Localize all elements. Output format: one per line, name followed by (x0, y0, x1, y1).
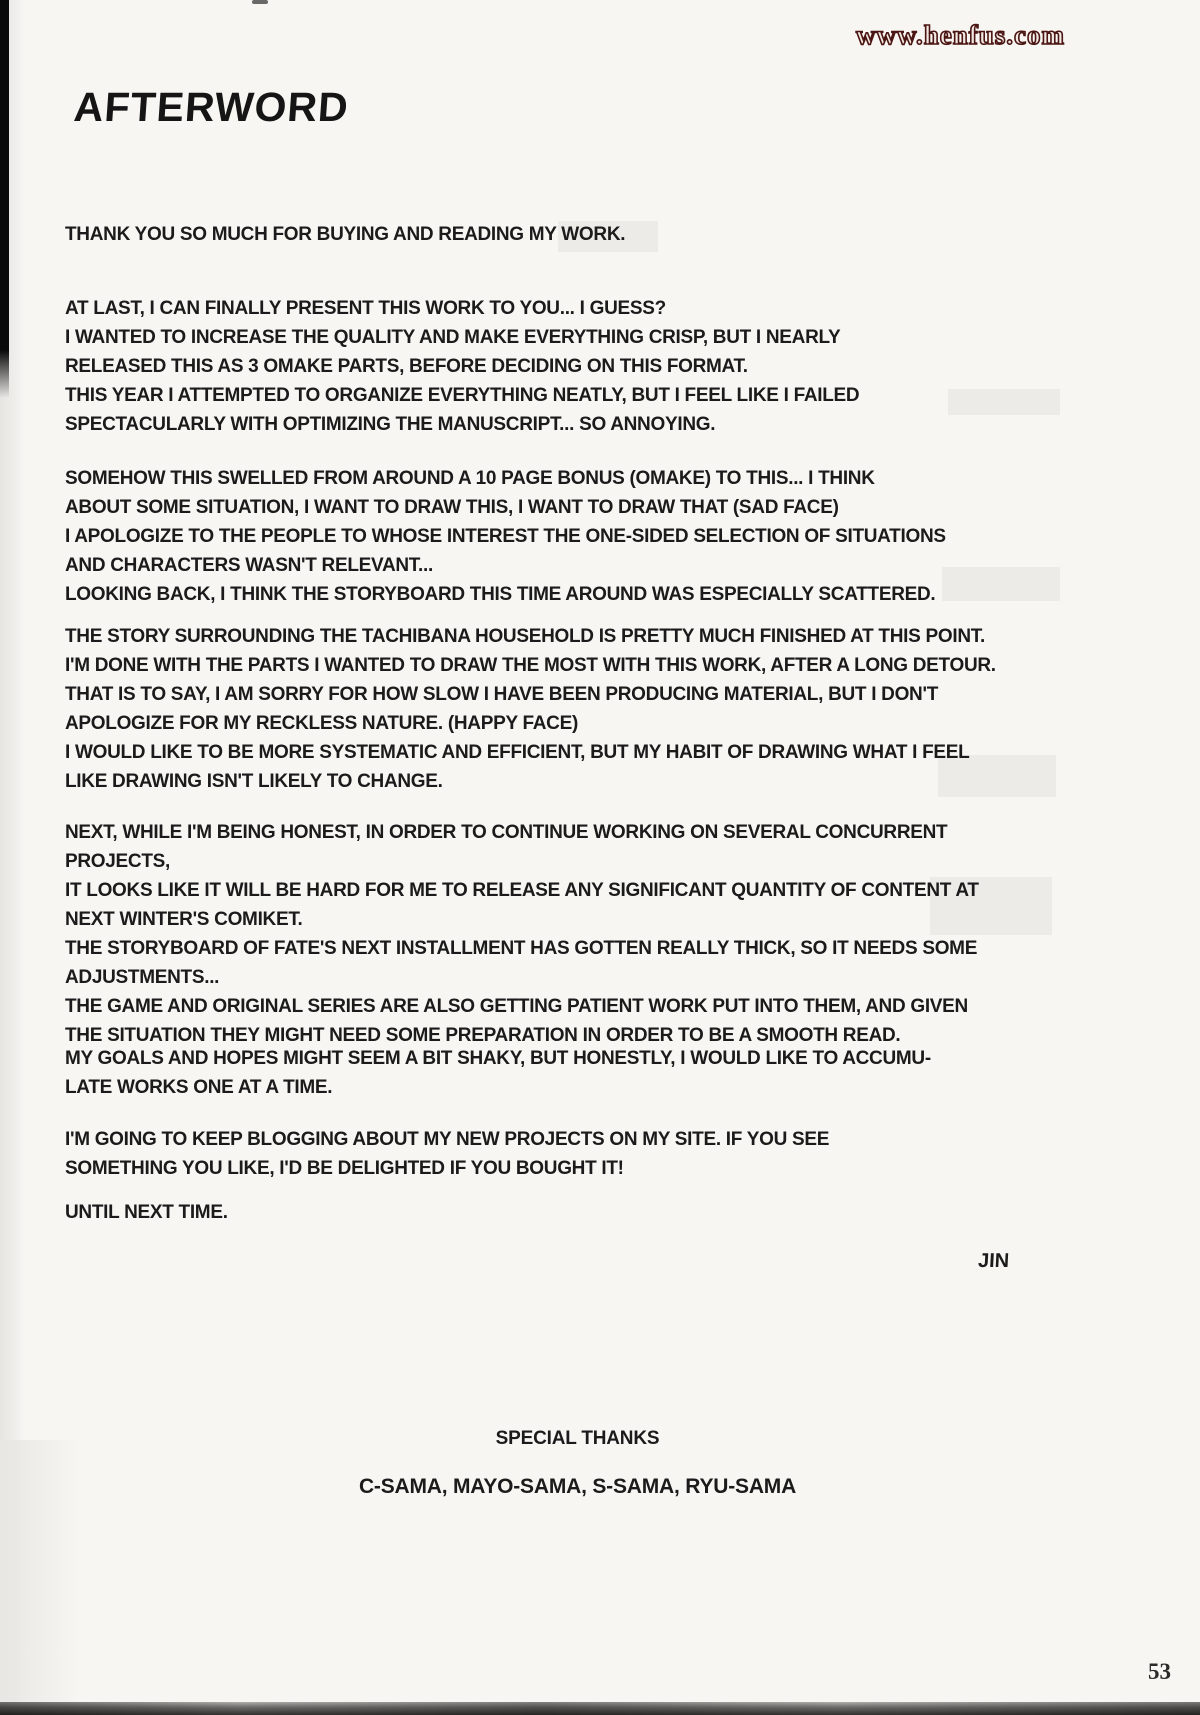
text-line: AT LAST, I CAN FINALLY PRESENT THIS WORK… (65, 294, 1155, 323)
author-signature: JIN (977, 1247, 1010, 1276)
text-line: LIKE DRAWING ISN'T LIKELY TO CHANGE. (65, 767, 1155, 796)
site-watermark: www.henfus.com (856, 20, 1065, 51)
text-line: APOLOGIZE FOR MY RECKLESS NATURE. (HAPPY… (65, 709, 1155, 738)
text-line: IT LOOKS LIKE IT WILL BE HARD FOR ME TO … (65, 876, 1155, 905)
text-line: THE STORY SURROUNDING THE TACHIBANA HOUS… (65, 622, 1155, 651)
text-line: THIS YEAR I ATTEMPTED TO ORGANIZE EVERYT… (65, 381, 1155, 410)
special-thanks-heading: SPECIAL THANKS (0, 1424, 1155, 1453)
text-line: AND CHARACTERS WASN'T RELEVANT... (65, 551, 1155, 580)
text-line: MY GOALS AND HOPES MIGHT SEEM A BIT SHAK… (65, 1044, 1155, 1073)
page-title: AFTERWORD (72, 84, 350, 131)
special-thanks-names: C-SAMA, MAYO-SAMA, S-SAMA, RYU-SAMA (0, 1472, 1155, 1501)
text-line: ADJUSTMENTS... (65, 963, 1155, 992)
paragraph-until-next-time: UNTIL NEXT TIME. (65, 1198, 1155, 1227)
paragraph-thank-you: THANK YOU SO MUCH FOR BUYING AND READING… (65, 220, 1155, 249)
paragraph-somehow: SOMEHOW THIS SWELLED FROM AROUND A 10 PA… (65, 464, 1155, 609)
text-line: I WANTED TO INCREASE THE QUALITY AND MAK… (65, 323, 1155, 352)
scan-artifact-dash (252, 0, 268, 4)
text-line: LATE WORKS ONE AT A TIME. (65, 1073, 1155, 1102)
paragraph-next-projects: NEXT, WHILE I'M BEING HONEST, IN ORDER T… (65, 818, 1155, 1050)
page-number: 53 (1148, 1659, 1192, 1685)
text-line: I APOLOGIZE TO THE PEOPLE TO WHOSE INTER… (65, 522, 1155, 551)
text-line: I WOULD LIKE TO BE MORE SYSTEMATIC AND E… (65, 738, 1155, 767)
manga-afterword-page: www.henfus.com AFTERWORD THANK YOU SO MU… (0, 0, 1200, 1715)
text-line: LOOKING BACK, I THINK THE STORYBOARD THI… (65, 580, 1155, 609)
paragraph-story: THE STORY SURROUNDING THE TACHIBANA HOUS… (65, 622, 1155, 796)
text-line: THANK YOU SO MUCH FOR BUYING AND READING… (65, 220, 1155, 249)
text-line: SPECTACULARLY WITH OPTIMIZING THE MANUSC… (65, 410, 1155, 439)
text-line: RELEASED THIS AS 3 OMAKE PARTS, BEFORE D… (65, 352, 1155, 381)
paragraph-blogging: I'M GOING TO KEEP BLOGGING ABOUT MY NEW … (65, 1125, 1155, 1183)
text-line: THAT IS TO SAY, I AM SORRY FOR HOW SLOW … (65, 680, 1155, 709)
text-line: I'M DONE WITH THE PARTS I WANTED TO DRAW… (65, 651, 1155, 680)
scan-left-black-border (0, 0, 9, 398)
text-line: I'M GOING TO KEEP BLOGGING ABOUT MY NEW … (65, 1125, 1155, 1154)
text-line: SOMETHING YOU LIKE, I'D BE DELIGHTED IF … (65, 1154, 1155, 1183)
text-line: ABOUT SOME SITUATION, I WANT TO DRAW THI… (65, 493, 1155, 522)
text-line: NEXT WINTER'S COMIKET. (65, 905, 1155, 934)
paragraph-at-last: AT LAST, I CAN FINALLY PRESENT THIS WORK… (65, 294, 1155, 439)
text-line: PROJECTS, (65, 847, 1155, 876)
text-line: THE STORYBOARD OF FATE'S NEXT INSTALLMEN… (65, 934, 1155, 963)
text-line: UNTIL NEXT TIME. (65, 1198, 1155, 1227)
scan-bottom-border (0, 1702, 1200, 1715)
text-line: NEXT, WHILE I'M BEING HONEST, IN ORDER T… (65, 818, 1155, 847)
text-line: THE GAME AND ORIGINAL SERIES ARE ALSO GE… (65, 992, 1155, 1021)
text-line: SOMEHOW THIS SWELLED FROM AROUND A 10 PA… (65, 464, 1155, 493)
paragraph-goals: MY GOALS AND HOPES MIGHT SEEM A BIT SHAK… (65, 1044, 1155, 1102)
